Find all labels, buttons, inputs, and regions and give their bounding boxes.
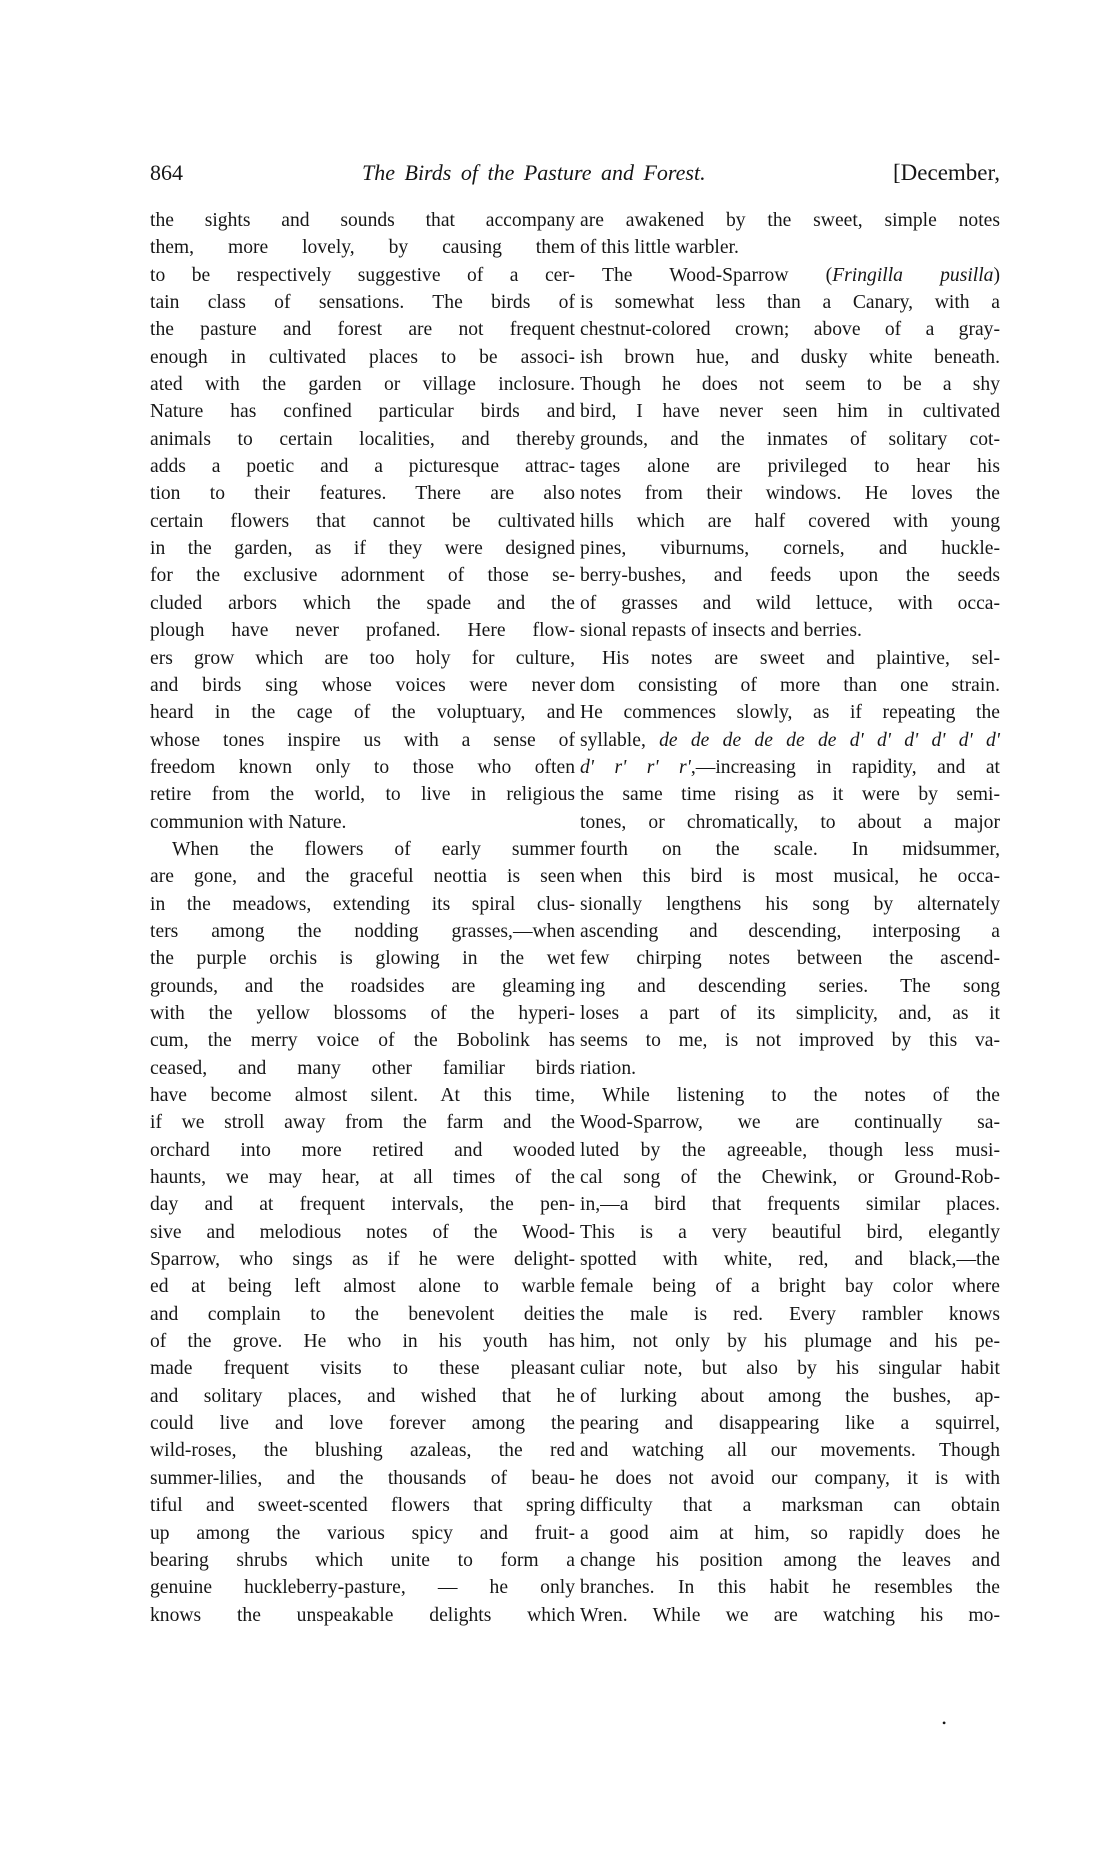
text-line: the same time rising as it were by semi- [580, 781, 1000, 808]
text-line: is somewhat less than a Canary, with a [580, 289, 1000, 316]
text-line: and complain to the benevolent deities [150, 1301, 575, 1328]
text-line: adds a poetic and a picturesque attrac- [150, 453, 575, 480]
text-line: dom consisting of more than one strain. [580, 672, 1000, 699]
paragraph: The Wood-Sparrow (Fringilla pusilla)is s… [580, 262, 1000, 645]
text-line: tages alone are privileged to hear his [580, 453, 1000, 480]
text-line: bird, I have never seen him in cultivate… [580, 398, 1000, 425]
text-line: the pasture and forest are not frequent [150, 316, 575, 343]
text-line: cal song of the Chewink, or Ground-Rob- [580, 1164, 1000, 1191]
text-line: grounds, and the roadsides are gleaming [150, 973, 575, 1000]
text-line: sive and melodious notes of the Wood- [150, 1219, 575, 1246]
text-line: chestnut-colored crown; above of a gray- [580, 316, 1000, 343]
text-line: syllable, de de de de de de d' d' d' d' … [580, 727, 1000, 754]
paragraph: When the flowers of early summerare gone… [150, 836, 575, 1629]
text-line: grounds, and the inmates of solitary cot… [580, 426, 1000, 453]
text-line: in the meadows, extending its spiral clu… [150, 891, 575, 918]
text-line: pearing and disappearing like a squirrel… [580, 1410, 1000, 1437]
text-line: riation. [580, 1055, 1000, 1082]
text-line: few chirping notes between the ascend- [580, 945, 1000, 972]
right-column: are awakened by the sweet, simple noteso… [580, 207, 1000, 1629]
text-line: Wood-Sparrow, we are continually sa- [580, 1109, 1000, 1136]
text-line: certain flowers that cannot be cultivate… [150, 508, 575, 535]
text-line: spotted with white, red, and black,—the [580, 1246, 1000, 1273]
paragraph: are awakened by the sweet, simple noteso… [580, 207, 1000, 262]
text-line: culiar note, but also by his singular ha… [580, 1355, 1000, 1382]
text-line: tain class of sensations. The birds of [150, 289, 575, 316]
species-name: Fringilla pusilla [832, 265, 993, 286]
text-line: animals to certain localities, and there… [150, 426, 575, 453]
text-line: The Wood-Sparrow (Fringilla pusilla) [580, 262, 1000, 289]
text-line: the male is red. Every rambler knows [580, 1301, 1000, 1328]
text-line: loses a part of its simplicity, and, as … [580, 1000, 1000, 1027]
text-line: ers grow which are too holy for culture, [150, 645, 575, 672]
text-line: cum, the merry voice of the Bobolink has [150, 1027, 575, 1054]
text-line: ing and descending series. The song [580, 973, 1000, 1000]
text-line: whose tones inspire us with a sense of [150, 727, 575, 754]
paragraph: the sights and sounds that accompanythem… [150, 207, 575, 836]
text-line: ceased, and many other familiar birds [150, 1055, 575, 1082]
text-line: wild-roses, the blushing azaleas, the re… [150, 1437, 575, 1464]
text-line: of this little warbler. [580, 234, 1000, 261]
text-line: tiful and sweet-scented flowers that spr… [150, 1492, 575, 1519]
text-line: when this bird is most musical, he occa- [580, 863, 1000, 890]
text-line: with the yellow blossoms of the hyperi- [150, 1000, 575, 1027]
text-line: them, more lovely, by causing them [150, 234, 575, 261]
text-line: up among the various spicy and fruit- [150, 1520, 575, 1547]
text-line: him, not only by his plumage and his pe- [580, 1328, 1000, 1355]
text-line: notes from their windows. He loves the [580, 480, 1000, 507]
left-column: the sights and sounds that accompanythem… [150, 207, 575, 1629]
text-line: ters among the nodding grasses,—when [150, 918, 575, 945]
text-line: tion to their features. There are also [150, 480, 575, 507]
text-line: Sparrow, who sings as if he were delight… [150, 1246, 575, 1273]
text-line: to be respectively suggestive of a cer- [150, 262, 575, 289]
running-title: The Birds of the Pasture and Forest. [362, 160, 706, 186]
text-line: the sights and sounds that accompany [150, 207, 575, 234]
text-line: in,—a bird that frequents similar places… [580, 1191, 1000, 1218]
text-line: the purple orchis is glowing in the wet [150, 945, 575, 972]
text-line: female being of a bright bay color where [580, 1273, 1000, 1300]
text-line: berry-bushes, and feeds upon the seeds [580, 562, 1000, 589]
text-line: While listening to the notes of the [580, 1082, 1000, 1109]
text-line: if we stroll away from the farm and the [150, 1109, 575, 1136]
syllable-notation: de de de de de de d' d' d' d' d' d' [659, 730, 1000, 751]
signature-mark: • [942, 1716, 946, 1731]
text-line: ated with the garden or village inclosur… [150, 371, 575, 398]
text-line: pines, viburnums, cornels, and huckle- [580, 535, 1000, 562]
text-line: of grasses and wild lettuce, with occa- [580, 590, 1000, 617]
text-line: for the exclusive adornment of those se- [150, 562, 575, 589]
text-line: cluded arbors which the spade and the [150, 590, 575, 617]
text-line: have become almost silent. At this time, [150, 1082, 575, 1109]
text-line: enough in cultivated places to be associ… [150, 344, 575, 371]
text-line: of lurking about among the bushes, ap- [580, 1383, 1000, 1410]
text-line: difficulty that a marksman can obtain [580, 1492, 1000, 1519]
text-line: Nature has confined particular birds and [150, 398, 575, 425]
text-line: and solitary places, and wished that he [150, 1383, 575, 1410]
text-line: orchard into more retired and wooded [150, 1137, 575, 1164]
paragraph: While listening to the notes of theWood-… [580, 1082, 1000, 1629]
text-line: ish brown hue, and dusky white beneath. [580, 344, 1000, 371]
text-line: ed at being left almost alone to warble [150, 1273, 575, 1300]
text-line: Though he does not seem to be a shy [580, 371, 1000, 398]
syllable-notation: d' r' r' r' [580, 757, 691, 778]
text-line: retire from the world, to live in religi… [150, 781, 575, 808]
text-line: change his position among the leaves and [580, 1547, 1000, 1574]
text-line: could live and love forever among the [150, 1410, 575, 1437]
page-header: 864 The Birds of the Pasture and Forest.… [150, 160, 1000, 194]
text-line: haunts, we may hear, at all times of the [150, 1164, 575, 1191]
text-line: summer-lilies, and the thousands of beau… [150, 1465, 575, 1492]
text-line: Wren. While we are watching his mo- [580, 1602, 1000, 1629]
text-line: and watching all our movements. Though [580, 1437, 1000, 1464]
text-line: a good aim at him, so rapidly does he [580, 1520, 1000, 1547]
text-line: in the garden, as if they were designed [150, 535, 575, 562]
text-line: plough have never profaned. Here flow- [150, 617, 575, 644]
text-line: seems to me, is not improved by this va- [580, 1027, 1000, 1054]
page-number: 864 [150, 160, 183, 186]
text-line: knows the unspeakable delights which [150, 1602, 575, 1629]
text-line: tones, or chromatically, to about a majo… [580, 809, 1000, 836]
text-line: fourth on the scale. In midsummer, [580, 836, 1000, 863]
text-line: and birds sing whose voices were never [150, 672, 575, 699]
text-line: His notes are sweet and plaintive, sel- [580, 645, 1000, 672]
issue-month: [December, [893, 160, 1000, 186]
text-line: sional repasts of insects and berries. [580, 617, 1000, 644]
text-line: luted by the agreeable, though less musi… [580, 1137, 1000, 1164]
text-line: of the grove. He who in his youth has [150, 1328, 575, 1355]
text-line: communion with Nature. [150, 809, 575, 836]
text-line: hills which are half covered with young [580, 508, 1000, 535]
text-line: he does not avoid our company, it is wit… [580, 1465, 1000, 1492]
text-line: are awakened by the sweet, simple notes [580, 207, 1000, 234]
text-line: day and at frequent intervals, the pen- [150, 1191, 575, 1218]
text-line: bearing shrubs which unite to form a [150, 1547, 575, 1574]
text-line: He commences slowly, as if repeating the [580, 699, 1000, 726]
text-line: made frequent visits to these pleasant [150, 1355, 575, 1382]
text-line: heard in the cage of the voluptuary, and [150, 699, 575, 726]
text-line: When the flowers of early summer [150, 836, 575, 863]
paragraph: His notes are sweet and plaintive, sel-d… [580, 645, 1000, 1083]
text-line: sionally lengthens his song by alternate… [580, 891, 1000, 918]
text-line: ascending and descending, interposing a [580, 918, 1000, 945]
text-line: d' r' r' r',—increasing in rapidity, and… [580, 754, 1000, 781]
text-line: genuine huckleberry-pasture, — he only [150, 1574, 575, 1601]
text-line: are gone, and the graceful neottia is se… [150, 863, 575, 890]
text-line: freedom known only to those who often [150, 754, 575, 781]
text-line: This is a very beautiful bird, elegantly [580, 1219, 1000, 1246]
text-line: branches. In this habit he resembles the [580, 1574, 1000, 1601]
